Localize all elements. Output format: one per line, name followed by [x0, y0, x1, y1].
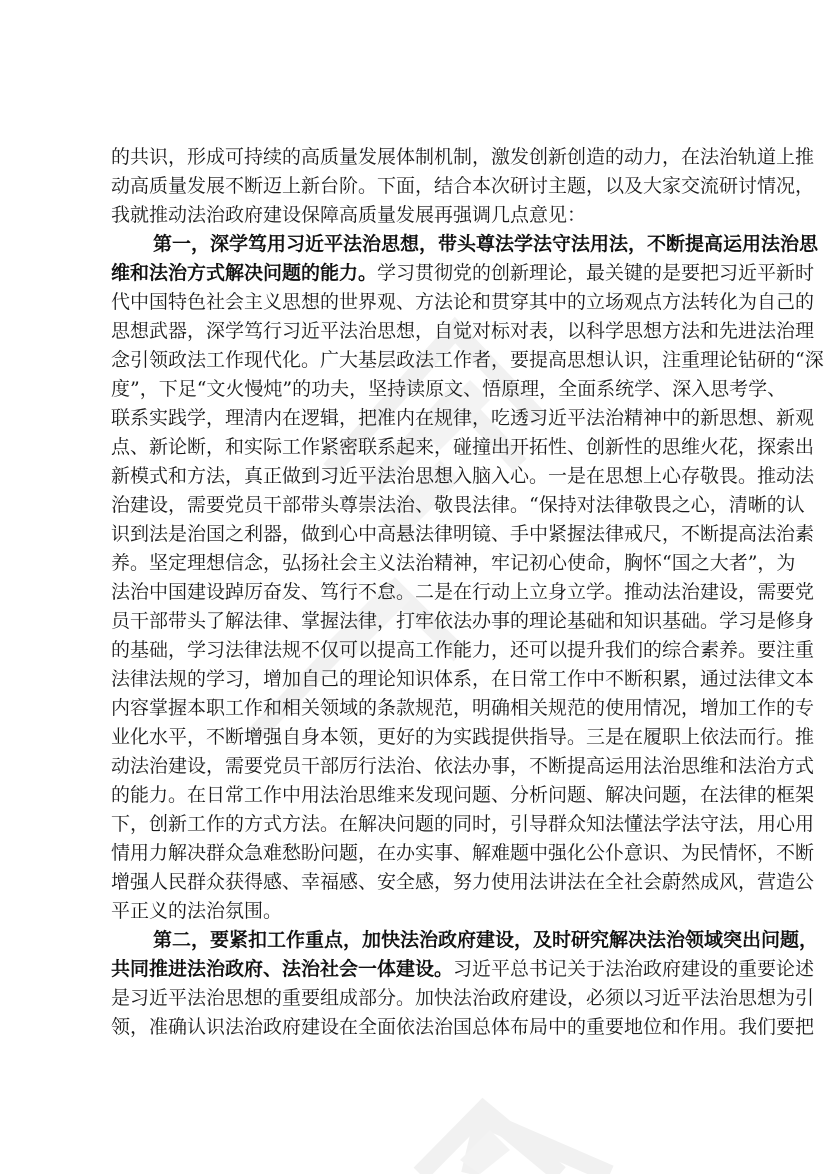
body-text: 的基础，学习法律法规不仅可以提高工作能力，还可以提升我们的综合素养。要注重 [111, 639, 814, 661]
text-line: 共同推进法治政府、法治社会一体建设。习近平总书记关于法治政府建设的重要论述 [111, 955, 727, 984]
text-line: 维和法治方式解决问题的能力。学习贯彻党的创新理论，最关键的是要把习近平新时 [111, 259, 727, 288]
body-text: 增强人民群众获得感、幸福感、安全感，努力使用法讲法在全社会蔚然成风，营造公 [111, 871, 814, 893]
text-line: 新模式和方法，真正做到习近平法治思想入脑入心。一是在思想上心存敬畏。推动法 [111, 462, 727, 491]
text-line: 平正义的法治氛围。 [111, 897, 727, 926]
text-line: 思想武器，深学笃行习近平法治思想，自觉对标对表，以科学思想方法和先进法治理 [111, 317, 727, 346]
body-text: 代中国特色社会主义思想的世界观、方法论和贯穿其中的立场观点方法转化为自己的 [111, 291, 814, 313]
text-line: 联系实践学，理清内在逻辑，把准内在规律，吃透习近平法治精神中的新思想、新观 [111, 404, 727, 433]
text-line: 代中国特色社会主义思想的世界观、方法论和贯穿其中的立场观点方法转化为自己的 [111, 288, 727, 317]
body-text: 情用力解决群众急难愁盼问题，在办实事、解难题中强化公仆意识、为民情怀，不断 [111, 842, 814, 864]
body-text: 动高质量发展不断迈上新台阶。下面，结合本次研讨主题，以及大家交流研讨情况， [111, 175, 814, 197]
text-line: 治建设，需要党员干部带头尊崇法治、敬畏法律。“保持对法律敬畏之心，清晰的认 [111, 491, 727, 520]
text-line: 情用力解决群众急难愁盼问题，在办实事、解难题中强化公仆意识、为民情怀，不断 [111, 839, 727, 868]
text-line: 内容掌握本职工作和相关领域的条款规范，明确相关规范的使用情况，增加工作的专 [111, 694, 727, 723]
text-line: 业化水平，不断增强自身本领，更好的为实践提供指导。三是在履职上依法而行。推 [111, 723, 727, 752]
text-line: 养。坚定理想信念，弘扬社会主义法治精神，牢记初心使命，胸怀“国之大者”，为 [111, 549, 727, 578]
document-body: 的共识，形成可持续的高质量发展体制机制，激发创新创造的动力，在法治轨道上推动高质… [111, 143, 727, 1042]
text-line: 下，创新工作的方式方法。在解决问题的同时，引导群众知法懂法学法守法，用心用 [111, 810, 727, 839]
paragraph: 第一，深学笃用习近平法治思想，带头尊法学法守法用法，不断提高运用法治思维和法治方… [111, 230, 727, 926]
body-text: 识到法是治国之利器，做到心中高悬法律明镜、手中紧握法律戒尺，不断提高法治素 [111, 523, 814, 545]
body-text: 思想武器，深学笃行习近平法治思想，自觉对标对表，以科学思想方法和先进法治理 [111, 320, 814, 342]
text-line: 领，准确认识法治政府建设在全面依法治国总体布局中的重要地位和作用。我们要把 [111, 1013, 727, 1042]
body-text: 点、新论断，和实际工作紧密联系起来，碰撞出开拓性、创新性的思维火花，探索出 [111, 436, 814, 458]
text-line: 是习近平法治思想的重要组成部分。加快法治政府建设，必须以习近平法治思想为引 [111, 984, 727, 1013]
body-text: 念引领政法工作现代化。广大基层政法工作者，要提高思想认识，注重理论钻研的“深 [111, 349, 824, 371]
body-text: 领，准确认识法治政府建设在全面依法治国总体布局中的重要地位和作用。我们要把 [111, 1016, 814, 1038]
body-text: 我就推动法治政府建设保障高质量发展再强调几点意见： [111, 204, 586, 226]
body-text: 联系实践学，理清内在逻辑，把准内在规律，吃透习近平法治精神中的新思想、新观 [111, 407, 814, 429]
body-text: 是习近平法治思想的重要组成部分。加快法治政府建设，必须以习近平法治思想为引 [111, 987, 814, 1009]
body-text: 习近平总书记关于法治政府建设的重要论述 [453, 958, 814, 980]
text-line: 动法治建设，需要党员干部厉行法治、依法办事，不断提高运用法治思维和法治方式 [111, 752, 727, 781]
text-line: 我就推动法治政府建设保障高质量发展再强调几点意见： [111, 201, 727, 230]
text-line: 识到法是治国之利器，做到心中高悬法律明镜、手中紧握法律戒尺，不断提高法治素 [111, 520, 727, 549]
document-page: 的共识，形成可持续的高质量发展体制机制，激发创新创造的动力，在法治轨道上推动高质… [0, 0, 830, 1174]
text-line: 点、新论断，和实际工作紧密联系起来，碰撞出开拓性、创新性的思维火花，探索出 [111, 433, 727, 462]
text-line: 员干部带头了解法律、掌握法律，打牢依法办事的理论基础和知识基础。学习是修身 [111, 607, 727, 636]
paragraph: 第二，要紧扣工作重点，加快法治政府建设，及时研究解决法治领域突出问题，共同推进法… [111, 926, 727, 1042]
text-line: 的共识，形成可持续的高质量发展体制机制，激发创新创造的动力，在法治轨道上推 [111, 143, 727, 172]
text-line: 第二，要紧扣工作重点，加快法治政府建设，及时研究解决法治领域突出问题， [111, 926, 727, 955]
text-line: 动高质量发展不断迈上新台阶。下面，结合本次研讨主题，以及大家交流研讨情况， [111, 172, 727, 201]
text-line: 第一，深学笃用习近平法治思想，带头尊法学法守法用法，不断提高运用法治思 [111, 230, 727, 259]
body-text: 法治中国建设踔厉奋发、笃行不怠。二是在行动上立身立学。推动法治建设，需要党 [111, 581, 814, 603]
body-text: 度”，下足“文火慢炖”的功夫，坚持读原文、悟原理，全面系统学、深入思考学、 [111, 378, 786, 400]
body-text: 治建设，需要党员干部带头尊崇法治、敬畏法律。“保持对法律敬畏之心，清晰的认 [111, 494, 805, 516]
text-line: 的能力。在日常工作中用法治思维来发现问题、分析问题、解决问题，在法律的框架 [111, 781, 727, 810]
paragraph: 的共识，形成可持续的高质量发展体制机制，激发创新创造的动力，在法治轨道上推动高质… [111, 143, 727, 230]
bold-heading-text: 共同推进法治政府、法治社会一体建设。 [111, 958, 453, 980]
body-text: 业化水平，不断增强自身本领，更好的为实践提供指导。三是在履职上依法而行。推 [111, 726, 814, 748]
body-text: 员干部带头了解法律、掌握法律，打牢依法办事的理论基础和知识基础。学习是修身 [111, 610, 814, 632]
text-line: 的基础，学习法律法规不仅可以提高工作能力，还可以提升我们的综合素养。要注重 [111, 636, 727, 665]
body-text: 内容掌握本职工作和相关领域的条款规范，明确相关规范的使用情况，增加工作的专 [111, 697, 814, 719]
text-line: 法治中国建设踔厉奋发、笃行不怠。二是在行动上立身立学。推动法治建设，需要党 [111, 578, 727, 607]
text-line: 念引领政法工作现代化。广大基层政法工作者，要提高思想认识，注重理论钻研的“深 [111, 346, 727, 375]
body-text: 平正义的法治氛围。 [111, 900, 282, 922]
body-text: 的能力。在日常工作中用法治思维来发现问题、分析问题、解决问题，在法律的框架 [111, 784, 814, 806]
body-text: 法律法规的学习，增加自己的理论知识体系，在日常工作中不断积累，通过法律文本 [111, 668, 814, 690]
body-text: 新模式和方法，真正做到习近平法治思想入脑入心。一是在思想上心存敬畏。推动法 [111, 465, 814, 487]
text-line: 增强人民群众获得感、幸福感、安全感，努力使用法讲法在全社会蔚然成风，营造公 [111, 868, 727, 897]
text-line: 度”，下足“文火慢炖”的功夫，坚持读原文、悟原理，全面系统学、深入思考学、 [111, 375, 727, 404]
bold-heading-text: 第二，要紧扣工作重点，加快法治政府建设，及时研究解决法治领域突出问题， [153, 929, 818, 951]
body-text: 下，创新工作的方式方法。在解决问题的同时，引导群众知法懂法学法守法，用心用 [111, 813, 814, 835]
body-text: 学习贯彻党的创新理论，最关键的是要把习近平新时 [377, 262, 814, 284]
bold-heading-text: 维和法治方式解决问题的能力。 [111, 262, 377, 284]
text-line: 法律法规的学习，增加自己的理论知识体系，在日常工作中不断积累，通过法律文本 [111, 665, 727, 694]
body-text: 的共识，形成可持续的高质量发展体制机制，激发创新创造的动力，在法治轨道上推 [111, 146, 814, 168]
body-text: 动法治建设，需要党员干部厉行法治、依法办事，不断提高运用法治思维和法治方式 [111, 755, 814, 777]
body-text: 养。坚定理想信念，弘扬社会主义法治精神，牢记初心使命，胸怀“国之大者”，为 [111, 552, 795, 574]
bold-heading-text: 第一，深学笃用习近平法治思想，带头尊法学法守法用法，不断提高运用法治思 [153, 233, 818, 255]
